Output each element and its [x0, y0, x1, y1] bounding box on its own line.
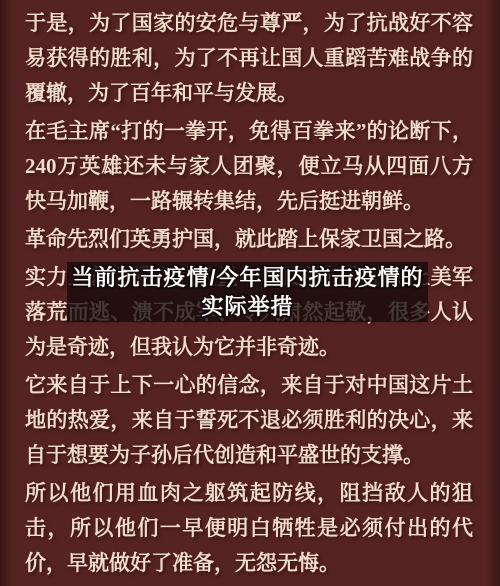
paragraph-1: 于是，为了国家的安危与尊严，为了抗战好不容易获得的胜利，为了不再让国人重蹈苦难战… [25, 6, 473, 111]
article-page: 于是，为了国家的安危与尊严，为了抗战好不容易获得的胜利，为了不再让国人重蹈苦难战… [0, 0, 500, 586]
overlay-title-text: 当前抗击疫情/今年国内抗击疫情的实际举措 [67, 263, 428, 321]
paragraph-5: 它来自于上下一心的信念，来自于对中国这片土地的热爱，来自于誓死不退必须胜利的决心… [25, 368, 473, 473]
title-overlay: 当前抗击疫情/今年国内抗击疫情的实际举措 [67, 262, 428, 322]
paragraph-3: 革命先烈们英勇护国，就此踏上保家卫国之路。 [25, 222, 473, 257]
paragraph-6: 所以他们用血肉之躯筑起防线，阻挡敌人的狙击，所以他们一早便明白牺牲是必须付出的代… [25, 476, 473, 581]
paragraph-2: 在毛主席“打的一拳开，免得百拳来”的论断下，240万英雄还未与家人团聚，便立马从… [25, 114, 473, 219]
